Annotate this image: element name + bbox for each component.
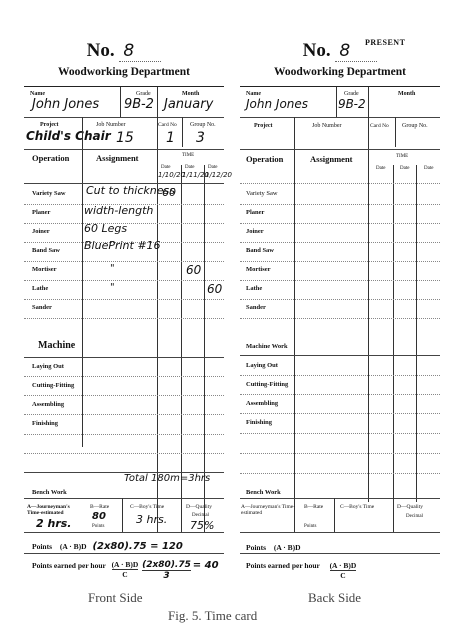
time-value: 60 xyxy=(207,282,222,296)
month-value: January xyxy=(164,97,213,112)
assignment-value: width-length xyxy=(84,204,153,217)
job-number-label: Job Number xyxy=(96,122,126,128)
op-label: Variety Saw xyxy=(32,190,66,197)
project-label: Project xyxy=(254,123,273,129)
pph-value-den: 3 xyxy=(142,571,191,581)
operation-header: Operation xyxy=(32,153,69,163)
pph-formula: (A · B)D C xyxy=(112,560,139,579)
b-value: 80 xyxy=(92,511,106,522)
assignment-header: Assignment xyxy=(96,153,139,163)
pph-formula-den: C xyxy=(112,570,139,579)
front-side-caption: Front Side xyxy=(88,590,143,606)
a-label: A—Journeyman's Time-estimated xyxy=(241,504,297,516)
b-label: B—Rate xyxy=(90,504,109,510)
op-label: Planer xyxy=(246,209,264,216)
op-label: Assembling xyxy=(32,401,64,408)
card-no-label: Card No xyxy=(158,122,177,128)
job-number-label: Job Number xyxy=(312,123,342,129)
time-header: TIME xyxy=(396,154,408,159)
b-sub: Points xyxy=(92,524,105,529)
card-no-label: Card No xyxy=(370,123,389,129)
job-number-value: 15 xyxy=(116,130,134,146)
card-number: No. 8 xyxy=(240,40,440,62)
pph-formula-num: (A · B)D xyxy=(112,560,139,570)
date-value: 1/10/20 xyxy=(158,171,185,179)
op-label: Sander xyxy=(246,304,266,311)
points-per-hour-line: Points earned per hour (A · B)D C (2x80)… xyxy=(32,560,219,581)
assignment-header: Assignment xyxy=(310,154,353,164)
department-title: Woodworking Department xyxy=(240,66,440,78)
time-value: 60 xyxy=(162,186,176,199)
date-label: Date xyxy=(185,165,194,170)
op-label: Joiner xyxy=(246,228,264,235)
name-value: John Jones xyxy=(246,97,308,111)
month-label: Month xyxy=(398,91,415,97)
op-label: Laying Out xyxy=(246,362,278,369)
number-label: No. xyxy=(87,40,115,61)
pph-value: (2x80).75 3 xyxy=(142,560,191,581)
c-value: 3 hrs. xyxy=(136,513,167,526)
d-value: 75% xyxy=(190,519,214,532)
op-label: Band Saw xyxy=(32,247,60,254)
present-stamp: PRESENT xyxy=(365,38,405,47)
assignment-value: " xyxy=(110,263,115,274)
bench-work-label: Bench Work xyxy=(32,489,67,496)
points-value: (2x80).75 = 120 xyxy=(92,541,182,552)
points-line: Points (A · B)D (2x80).75 = 120 xyxy=(32,541,183,552)
date-value: 1/12/20 xyxy=(205,171,232,179)
d-label: D—Quality xyxy=(186,504,212,510)
figure-caption: Fig. 5. Time card xyxy=(168,608,257,624)
op-label: Sander xyxy=(32,304,52,311)
bench-work-label: Bench Work xyxy=(246,489,281,496)
name-value: John Jones xyxy=(32,97,99,112)
group-no-value: 3 xyxy=(196,130,205,146)
date-label: Date xyxy=(424,166,433,171)
points-line: Points (A · B)D xyxy=(246,543,301,552)
op-label: Assembling xyxy=(246,400,278,407)
time-value: 60 xyxy=(186,263,201,277)
op-label: Cutting-Fitting xyxy=(32,382,74,389)
points-formula: (A · B)D xyxy=(60,542,87,551)
pph-formula-den: C xyxy=(330,570,357,580)
assignment-value: 60 Legs xyxy=(84,222,127,235)
time-header: TIME xyxy=(182,153,194,158)
assignment-value: BluePrint #16 xyxy=(84,239,161,252)
op-label: Cutting-Fitting xyxy=(246,381,288,388)
op-label: Variety Saw xyxy=(246,190,278,197)
operation-header: Operation xyxy=(246,154,283,164)
project-value: Child's Chair xyxy=(26,129,111,143)
points-label: Points xyxy=(32,542,52,551)
date-label: Date xyxy=(400,166,409,171)
d-label: D—Quality xyxy=(397,504,423,510)
back-form-grid: Name John Jones Grade 9B-2 Month Project… xyxy=(240,86,440,532)
d-sub: Decimal xyxy=(406,514,423,519)
op-label: Planer xyxy=(32,209,50,216)
machine-section-label: Machine xyxy=(38,340,75,351)
d-sub: Decimal xyxy=(192,513,209,518)
pph-label: Points earned per hour xyxy=(32,561,106,570)
machine-section-label: Machine Work xyxy=(246,343,288,350)
op-label: Mortiser xyxy=(32,266,57,273)
op-label: Mortiser xyxy=(246,266,271,273)
b-label: B—Rate xyxy=(304,504,323,510)
back-side-caption: Back Side xyxy=(308,590,361,606)
department-title: Woodworking Department xyxy=(24,66,224,78)
pph-label: Points earned per hour xyxy=(246,561,320,570)
b-sub: Points xyxy=(304,524,317,529)
date-label: Date xyxy=(161,165,170,170)
number-label: No. xyxy=(303,40,331,61)
number-value: 8 xyxy=(119,41,161,62)
front-form-grid: Name John Jones Grade 9B-2 Month January… xyxy=(24,86,224,532)
card-number: No. 8 xyxy=(24,40,224,62)
group-no-label: Group No. xyxy=(190,122,216,128)
op-label: Band Saw xyxy=(246,247,274,254)
pph-formula-num: (A · B)D xyxy=(330,561,357,570)
date-label: Date xyxy=(376,166,385,171)
op-label: Joiner xyxy=(32,228,50,235)
op-label: Laying Out xyxy=(32,363,64,370)
points-per-hour-line: Points earned per hour (A · B)D C xyxy=(246,561,356,580)
points-formula: (A · B)D xyxy=(274,543,301,552)
c-label: C—Boy's Time xyxy=(130,504,164,510)
pph-formula: (A · B)D C xyxy=(330,561,357,580)
total-note: Total 180m=3hrs xyxy=(124,473,210,484)
op-label: Lathe xyxy=(32,285,48,292)
project-label: Project xyxy=(40,122,59,128)
pph-result: = 40 xyxy=(193,560,219,571)
card-no-value: 1 xyxy=(166,130,175,146)
op-label: Lathe xyxy=(246,285,262,292)
points-label: Points xyxy=(246,543,266,552)
grade-value: 9B-2 xyxy=(338,97,366,111)
op-label: Finishing xyxy=(32,420,58,427)
a-label: A—Journeyman's Time-estimated xyxy=(27,504,81,516)
op-label: Finishing xyxy=(246,419,272,426)
date-label: Date xyxy=(208,165,217,170)
grade-value: 9B-2 xyxy=(124,97,154,112)
c-label: C—Boy's Time xyxy=(340,504,374,510)
assignment-value: " xyxy=(110,282,115,293)
pph-value-num: (2x80).75 xyxy=(142,560,191,571)
group-no-label: Group No. xyxy=(402,123,428,129)
a-value: 2 hrs. xyxy=(36,517,71,530)
